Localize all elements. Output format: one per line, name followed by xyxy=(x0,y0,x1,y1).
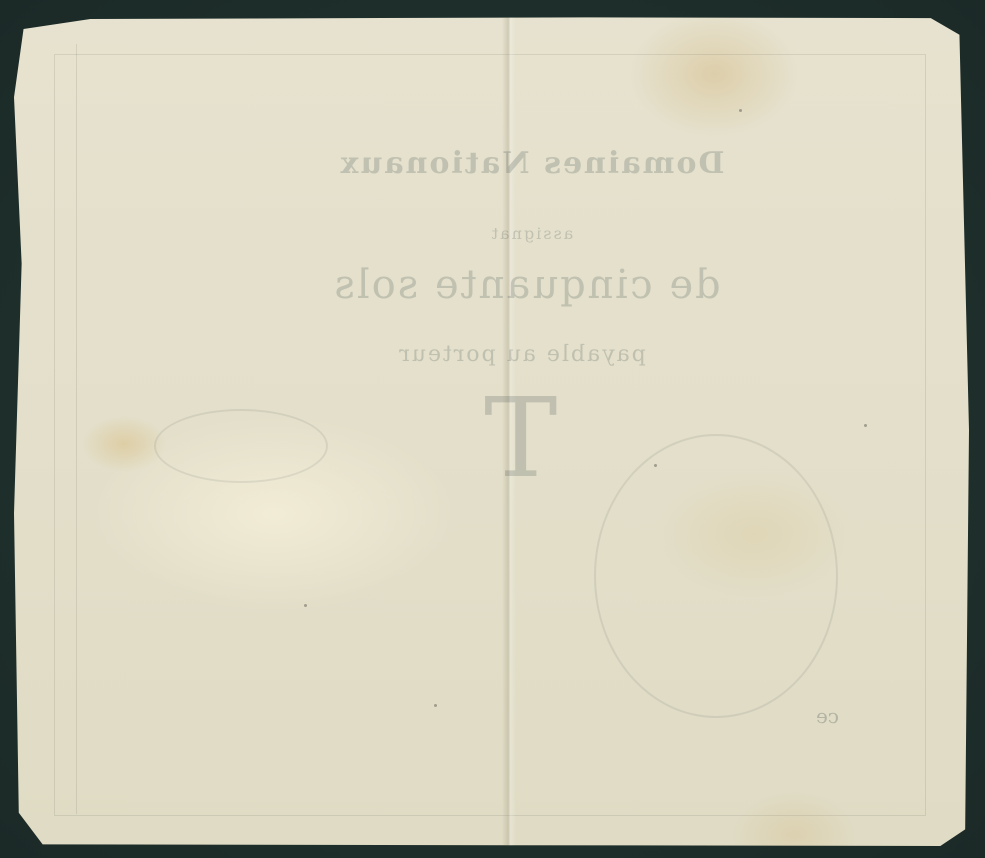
paper-speck xyxy=(864,424,867,427)
printed-border-line xyxy=(76,44,77,814)
show-through-value: de cinquante sols xyxy=(84,262,969,308)
embossed-seal-left xyxy=(154,409,328,483)
show-through-heading: Domaines Nationaux xyxy=(94,146,969,181)
embossed-seal-right xyxy=(594,434,838,718)
show-through-subheading: assignat xyxy=(94,224,969,243)
paper-speck xyxy=(304,604,307,607)
paper-speck xyxy=(434,704,437,707)
show-through-corner-number: ce xyxy=(816,704,839,728)
paper-speck xyxy=(739,109,742,112)
paper-sheet: Domaines Nationaux assignat de cinquante… xyxy=(14,14,969,846)
show-through-caption: payable au porteur xyxy=(74,342,969,367)
paper-speck xyxy=(654,464,657,467)
show-through-large-mark: T xyxy=(484,374,557,502)
